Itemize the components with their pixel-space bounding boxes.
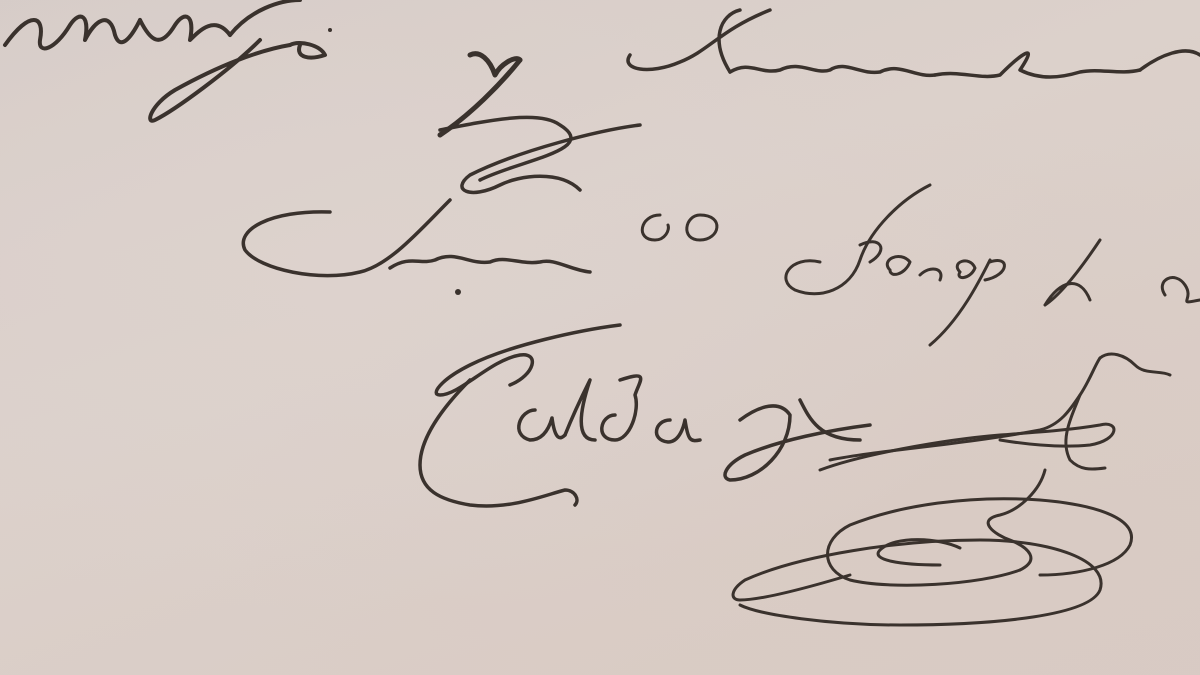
- line-2-trailing: [1162, 278, 1200, 302]
- signature-rubric: [733, 354, 1170, 625]
- line-2-joseph: [786, 185, 1100, 345]
- line-2-fran: [243, 117, 640, 295]
- line-2-co: [642, 215, 717, 240]
- handwriting-ink: [0, 0, 1200, 675]
- manuscript-photo: ...tase y Setiembre Fran.co Joseph Calda…: [0, 0, 1200, 675]
- line-1-setiembre: [628, 10, 1200, 77]
- line-1-tase: [5, 0, 332, 121]
- line-3-caldas: [420, 325, 870, 506]
